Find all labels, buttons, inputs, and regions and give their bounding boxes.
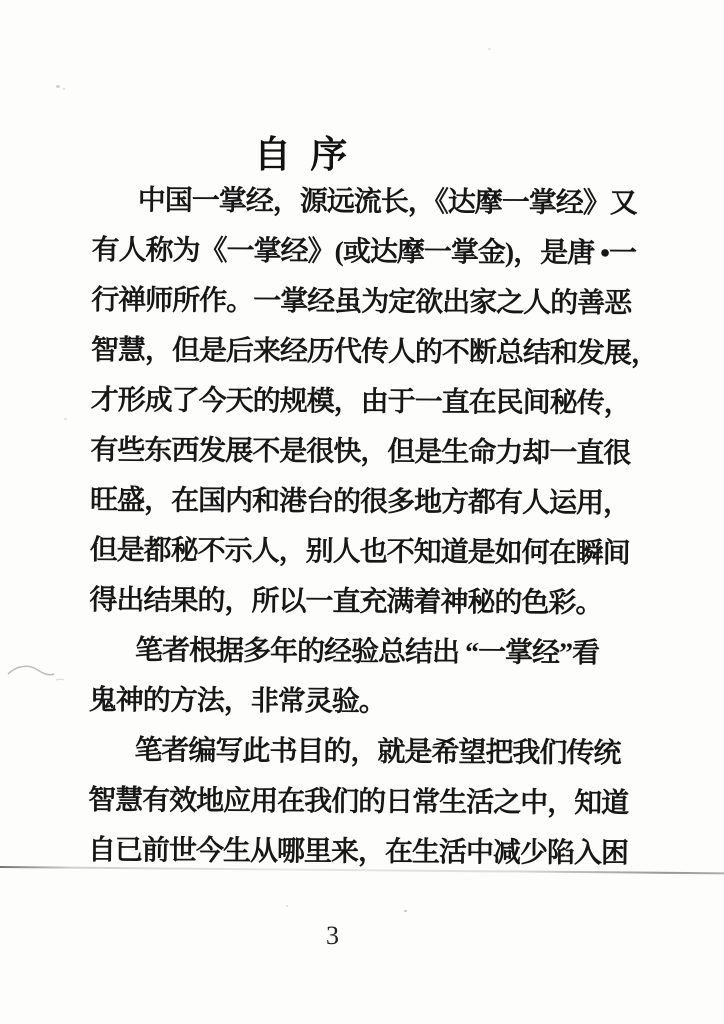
- text-line: 行禅师所作。一掌经虽为定欲出家之人的善恶: [91, 276, 671, 330]
- pen-squiggle-mark: [4, 658, 64, 688]
- text-line: 旺盛，在国内和港台的很多地方都有人运用，: [90, 476, 670, 530]
- body-text: 中国一掌经，源远流长，《达摩一掌经》又 有人称为《一掌经》(或达摩一掌金)，是唐…: [88, 176, 672, 880]
- text-line: 笔者根据多年的经验总结出 “一掌经”看: [89, 626, 669, 680]
- page-title: 自 序: [254, 124, 352, 178]
- ink-speck: [64, 418, 67, 420]
- text-line: 有些东西发展不是很快，但是生命力却一直很: [90, 426, 670, 480]
- text-line: 笔者编写此书目的，就是希望把我们传统: [88, 726, 668, 780]
- page-number: 3: [326, 921, 339, 951]
- text-line: 有人称为《一掌经》(或达摩一掌金)，是唐 •一: [91, 226, 671, 280]
- text-line: 鬼神的方法，非常灵验。: [89, 676, 669, 730]
- text-line: 才形成了今天的规模，由于一直在民间秘传，: [90, 376, 670, 430]
- ink-speck: [286, 905, 288, 907]
- scanned-book-page: 自 序 中国一掌经，源远流长，《达摩一掌经》又 有人称为《一掌经》(或达摩一掌金…: [0, 0, 724, 1024]
- ink-speck: [63, 88, 65, 90]
- text-line: 但是都秘不示人，别人也不知道是如何在瞬间: [90, 526, 670, 580]
- text-line: 智慧有效地应用在我们的日常生活之中，知道: [88, 776, 668, 830]
- ink-speck: [56, 85, 60, 88]
- ink-speck: [488, 48, 491, 50]
- ink-speck: [404, 910, 407, 912]
- text-line: 中国一掌经，源远流长，《达摩一掌经》又: [92, 176, 672, 230]
- text-line: 自已前世今生从哪里来，在生活中减少陷入困: [88, 826, 668, 880]
- text-line: 智慧，但是后来经历代传人的不断总结和发展，: [91, 326, 671, 380]
- text-line: 得出结果的，所以一直充满着神秘的色彩。: [89, 576, 669, 630]
